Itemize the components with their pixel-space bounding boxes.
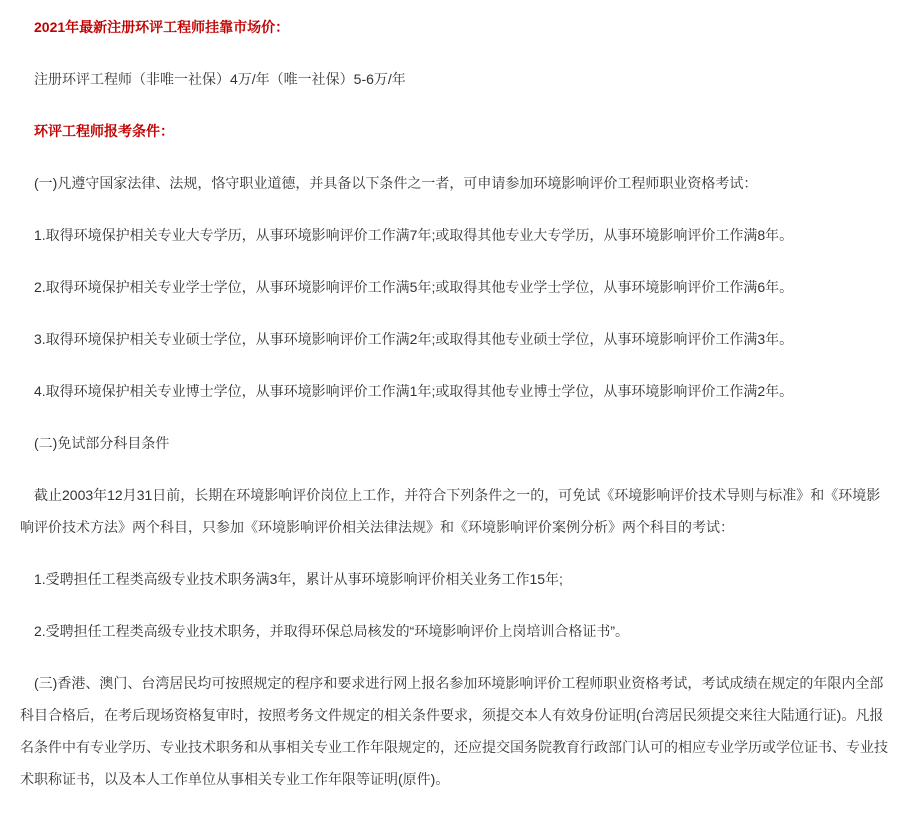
para-salary-info: 注册环评工程师（非唯一社保）4万/年（唯一社保）5-6万/年 [20, 63, 889, 95]
para-condition-1-item-4: 4.取得环境保护相关专业博士学位，从事环境影响评价工作满1年;或取得其他专业博士… [20, 375, 889, 407]
para-condition-3: (三)香港、澳门、台湾居民均可按照规定的程序和要求进行网上报名参加环境影响评价工… [20, 667, 889, 795]
para-condition-2-intro: 截止2003年12月31日前，长期在环境影响评价岗位上工作，并符合下列条件之一的… [20, 479, 889, 543]
heading-exam-requirements: 环评工程师报考条件： [20, 115, 889, 147]
para-condition-1-item-1: 1.取得环境保护相关专业大专学历，从事环境影响评价工作满7年;或取得其他专业大专… [20, 219, 889, 251]
para-condition-2-item-2: 2.受聘担任工程类高级专业技术职务，并取得环保总局核发的“环境影响评价上岗培训合… [20, 615, 889, 647]
heading-market-price: 2021年最新注册环评工程师挂靠市场价： [20, 11, 889, 43]
para-condition-1-item-3: 3.取得环境保护相关专业硕士学位，从事环境影响评价工作满2年;或取得其他专业硕士… [20, 323, 889, 355]
para-condition-1-item-2: 2.取得环境保护相关专业学士学位，从事环境影响评价工作满5年;或取得其他专业学士… [20, 271, 889, 303]
article-body: 2021年最新注册环评工程师挂靠市场价： 注册环评工程师（非唯一社保）4万/年（… [0, 0, 901, 825]
para-condition-2-title: (二)免试部分科目条件 [20, 427, 889, 459]
para-condition-2-item-1: 1.受聘担任工程类高级专业技术职务满3年，累计从事环境影响评价相关业务工作15年… [20, 563, 889, 595]
para-condition-1-intro: (一)凡遵守国家法律、法规，恪守职业道德，并具备以下条件之一者，可申请参加环境影… [20, 167, 889, 199]
